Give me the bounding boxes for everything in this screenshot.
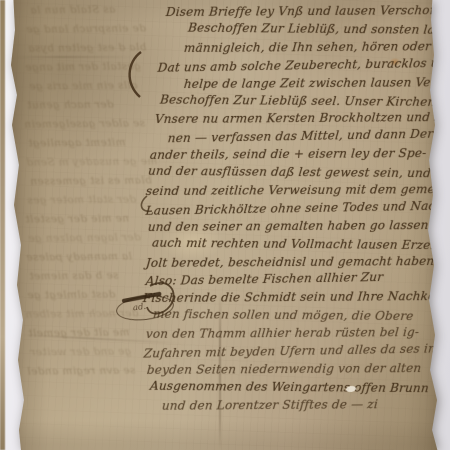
text-line: Ausgenommen des Weingartens offen Brunn [149, 379, 429, 395]
text-line: und den seiner an gemalten haben go lass… [147, 218, 433, 234]
bleed-line: ge and der weiter [30, 345, 132, 358]
bleed-line: bla d est gelten bysa [28, 41, 147, 54]
text-line: nen — verfassen das Mittel, und dann Der [167, 127, 434, 146]
horizontal-crease [14, 56, 134, 58]
bleed-line: blam es ist gemessen [30, 174, 152, 187]
text-line: Zufahren mit beyden Ufern und alles da s… [143, 341, 436, 360]
text-line: Disem Brieffe ley Vnß und lausen Verscho… [165, 3, 450, 19]
bleed-line: der lagen palzen ge [28, 231, 141, 244]
text-line: Also: Das bemelte Fischen allhier Zur [145, 270, 384, 288]
text-line: Jolt beredet, bescheidnisl und gemacht h… [145, 254, 439, 270]
bleed-line: as Stald nun la [30, 4, 115, 17]
bleed-line: alls ein mie aris ge [29, 79, 138, 92]
bleed-line: de einspruch land ge [26, 22, 146, 35]
text-line: und der ausflüssen daß lest gewest sein,… [147, 164, 431, 180]
text-line: men fischen sollen und mögen, die Obere [152, 307, 414, 323]
bleed-line: der stalt moter ges [27, 193, 136, 206]
manuscript-photo: as Stald nun la de einspruch land ge bla… [0, 0, 450, 450]
bleed-line: se b das niemet [29, 270, 119, 283]
text-line: Lausen Brickhöltze ohne seine Todes und … [145, 198, 450, 218]
annotation-text: ad. [132, 302, 146, 314]
bleed-line: la mannady palese [26, 250, 132, 263]
bleed-line: mitemt agenliegt [28, 136, 126, 149]
text-line: beyden Seiten niedernwendig von der alte… [146, 361, 422, 377]
text-line: Beschoffen Zur Lieblüß, und sonsten lase… [187, 21, 450, 38]
text-line: Vnsere nu armen Kersten Brockholtzen und… [154, 110, 450, 126]
bleed-line: se alder gaselgemein [24, 117, 145, 130]
text-line: Dat uns amb solche Zeuberecht, buracklos… [157, 55, 450, 75]
text-line: männigleich, die Ihn sehen, hören oder l… [183, 39, 450, 55]
bleed-line: me ge nusadey m Send [26, 155, 157, 168]
text-line: Beschoffen Zur Lieblüß seel. Unser Kirch… [159, 93, 450, 110]
bleed-line: se avn regim andel [27, 364, 135, 377]
text-line: auch mit rechten und Vollmacht lausen Er… [151, 236, 450, 253]
text-line: ander theils, seind die + eisern ley der… [149, 146, 427, 162]
bleed-line: gestalt der mit ange [25, 60, 141, 73]
text-line: von den Thamm allhier herab rüsten bel i… [145, 325, 419, 341]
paper-sheet-wrap: as Stald nun la de einspruch land ge bla… [0, 0, 450, 450]
bleed-line: dast almlegt ge [27, 289, 115, 302]
text-line: Fischerinde die Schmidt sein und Ihre Na… [142, 289, 450, 305]
text-line: seind und zeitliche Verweisung mit dem g… [145, 182, 450, 198]
bleed-line: der nach genut [27, 99, 114, 112]
bleed-line: me alt der gemelt [28, 326, 130, 339]
text-line: helpe de lange Zeit zwischen lausen Verf… [183, 75, 450, 91]
text-line: und den Lorentzer Stifftes de — zi [161, 397, 378, 413]
bleed-line: ne mie der gestelt [25, 212, 129, 225]
paper-sheet: as Stald nun la de einspruch land ge bla… [0, 0, 450, 450]
